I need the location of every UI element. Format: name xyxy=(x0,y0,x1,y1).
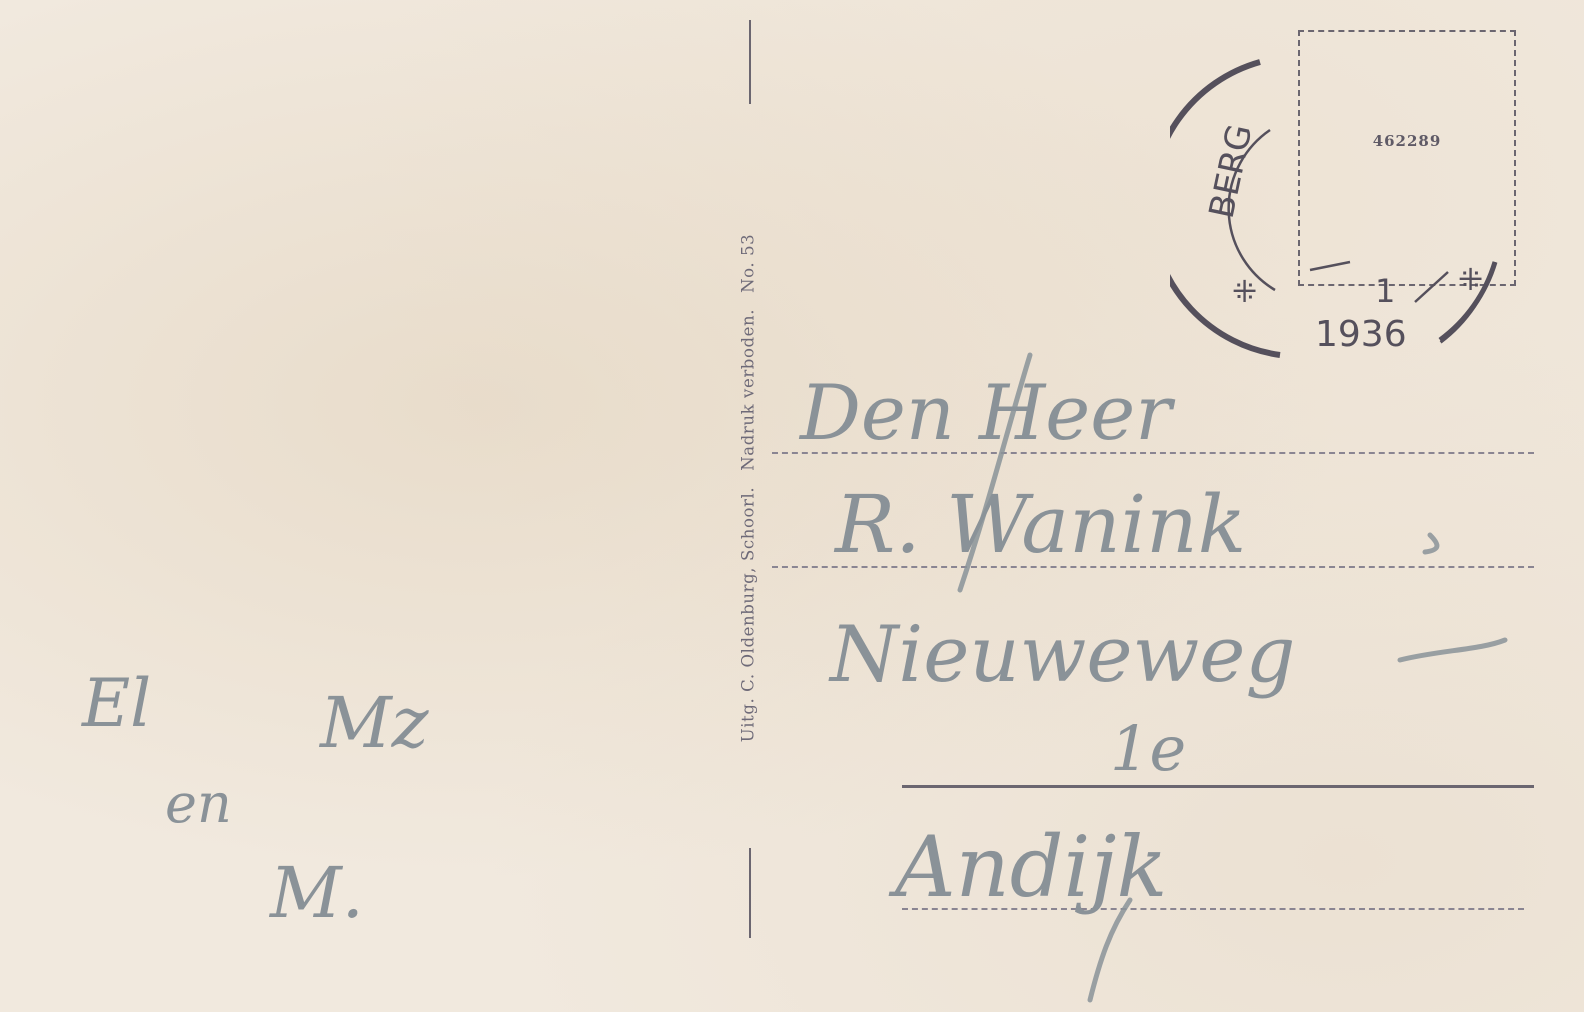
postcard-back: Uitg. C. Oldenburg, Schoorl.Nadruk verbo… xyxy=(0,0,1584,1012)
handwriting-strokes-icon xyxy=(0,0,1584,1012)
